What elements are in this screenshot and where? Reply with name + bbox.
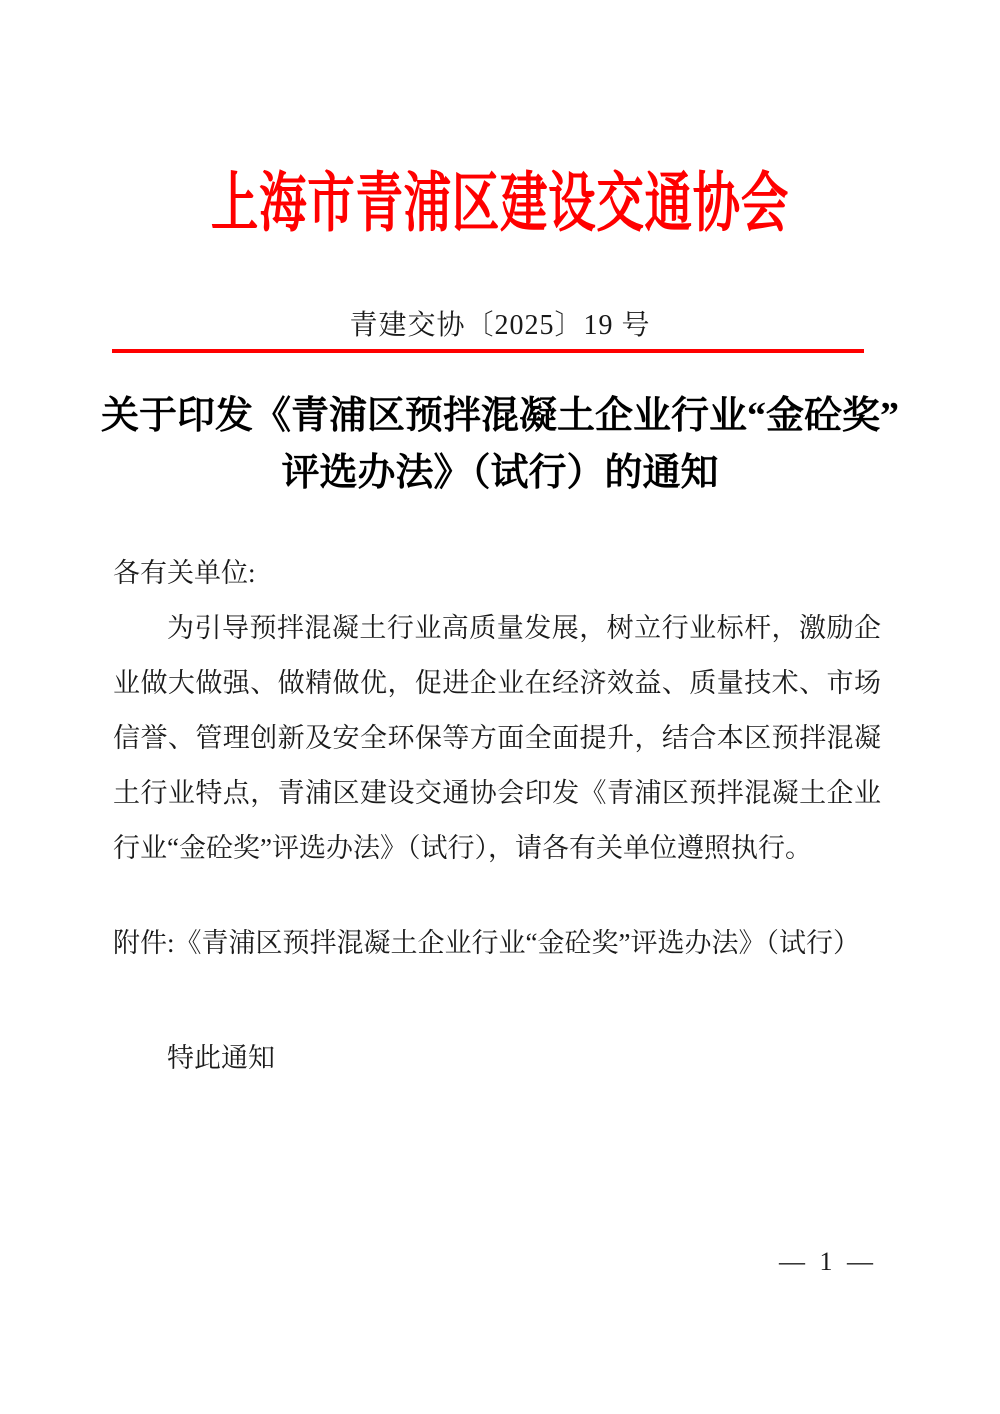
document-number: 青建交协〔2025〕19 号 bbox=[0, 303, 1000, 343]
document-title: 关于印发《青浦区预拌混凝土企业行业“金砼奖” 评选办法》（试行）的通知 bbox=[50, 388, 950, 502]
document-title-line-1: 关于印发《青浦区预拌混凝土企业行业“金砼奖” bbox=[50, 388, 950, 445]
attachment-line: 附件:《青浦区预拌混凝土企业行业“金砼奖”评选办法》（试行） bbox=[113, 916, 881, 971]
document-title-line-2: 评选办法》（试行）的通知 bbox=[50, 445, 950, 502]
salutation: 各有关单位: bbox=[113, 546, 881, 601]
red-divider-rule bbox=[112, 349, 864, 353]
page-number: — 1 — bbox=[779, 1247, 877, 1277]
closing-line: 特此通知 bbox=[113, 1031, 881, 1086]
document-body: 各有关单位: 为引导预拌混凝土行业高质量发展，树立行业标杆，激励企业做大做强、做… bbox=[113, 546, 881, 1086]
body-paragraph: 为引导预拌混凝土行业高质量发展，树立行业标杆，激励企业做大做强、做精做优，促进企… bbox=[113, 601, 881, 876]
document-page: 上海市青浦区建设交通协会 青建交协〔2025〕19 号 关于印发《青浦区预拌混凝… bbox=[0, 0, 1000, 1414]
organization-title: 上海市青浦区建设交通协会 bbox=[211, 150, 789, 244]
letterhead: 上海市青浦区建设交通协会 bbox=[0, 150, 1000, 244]
